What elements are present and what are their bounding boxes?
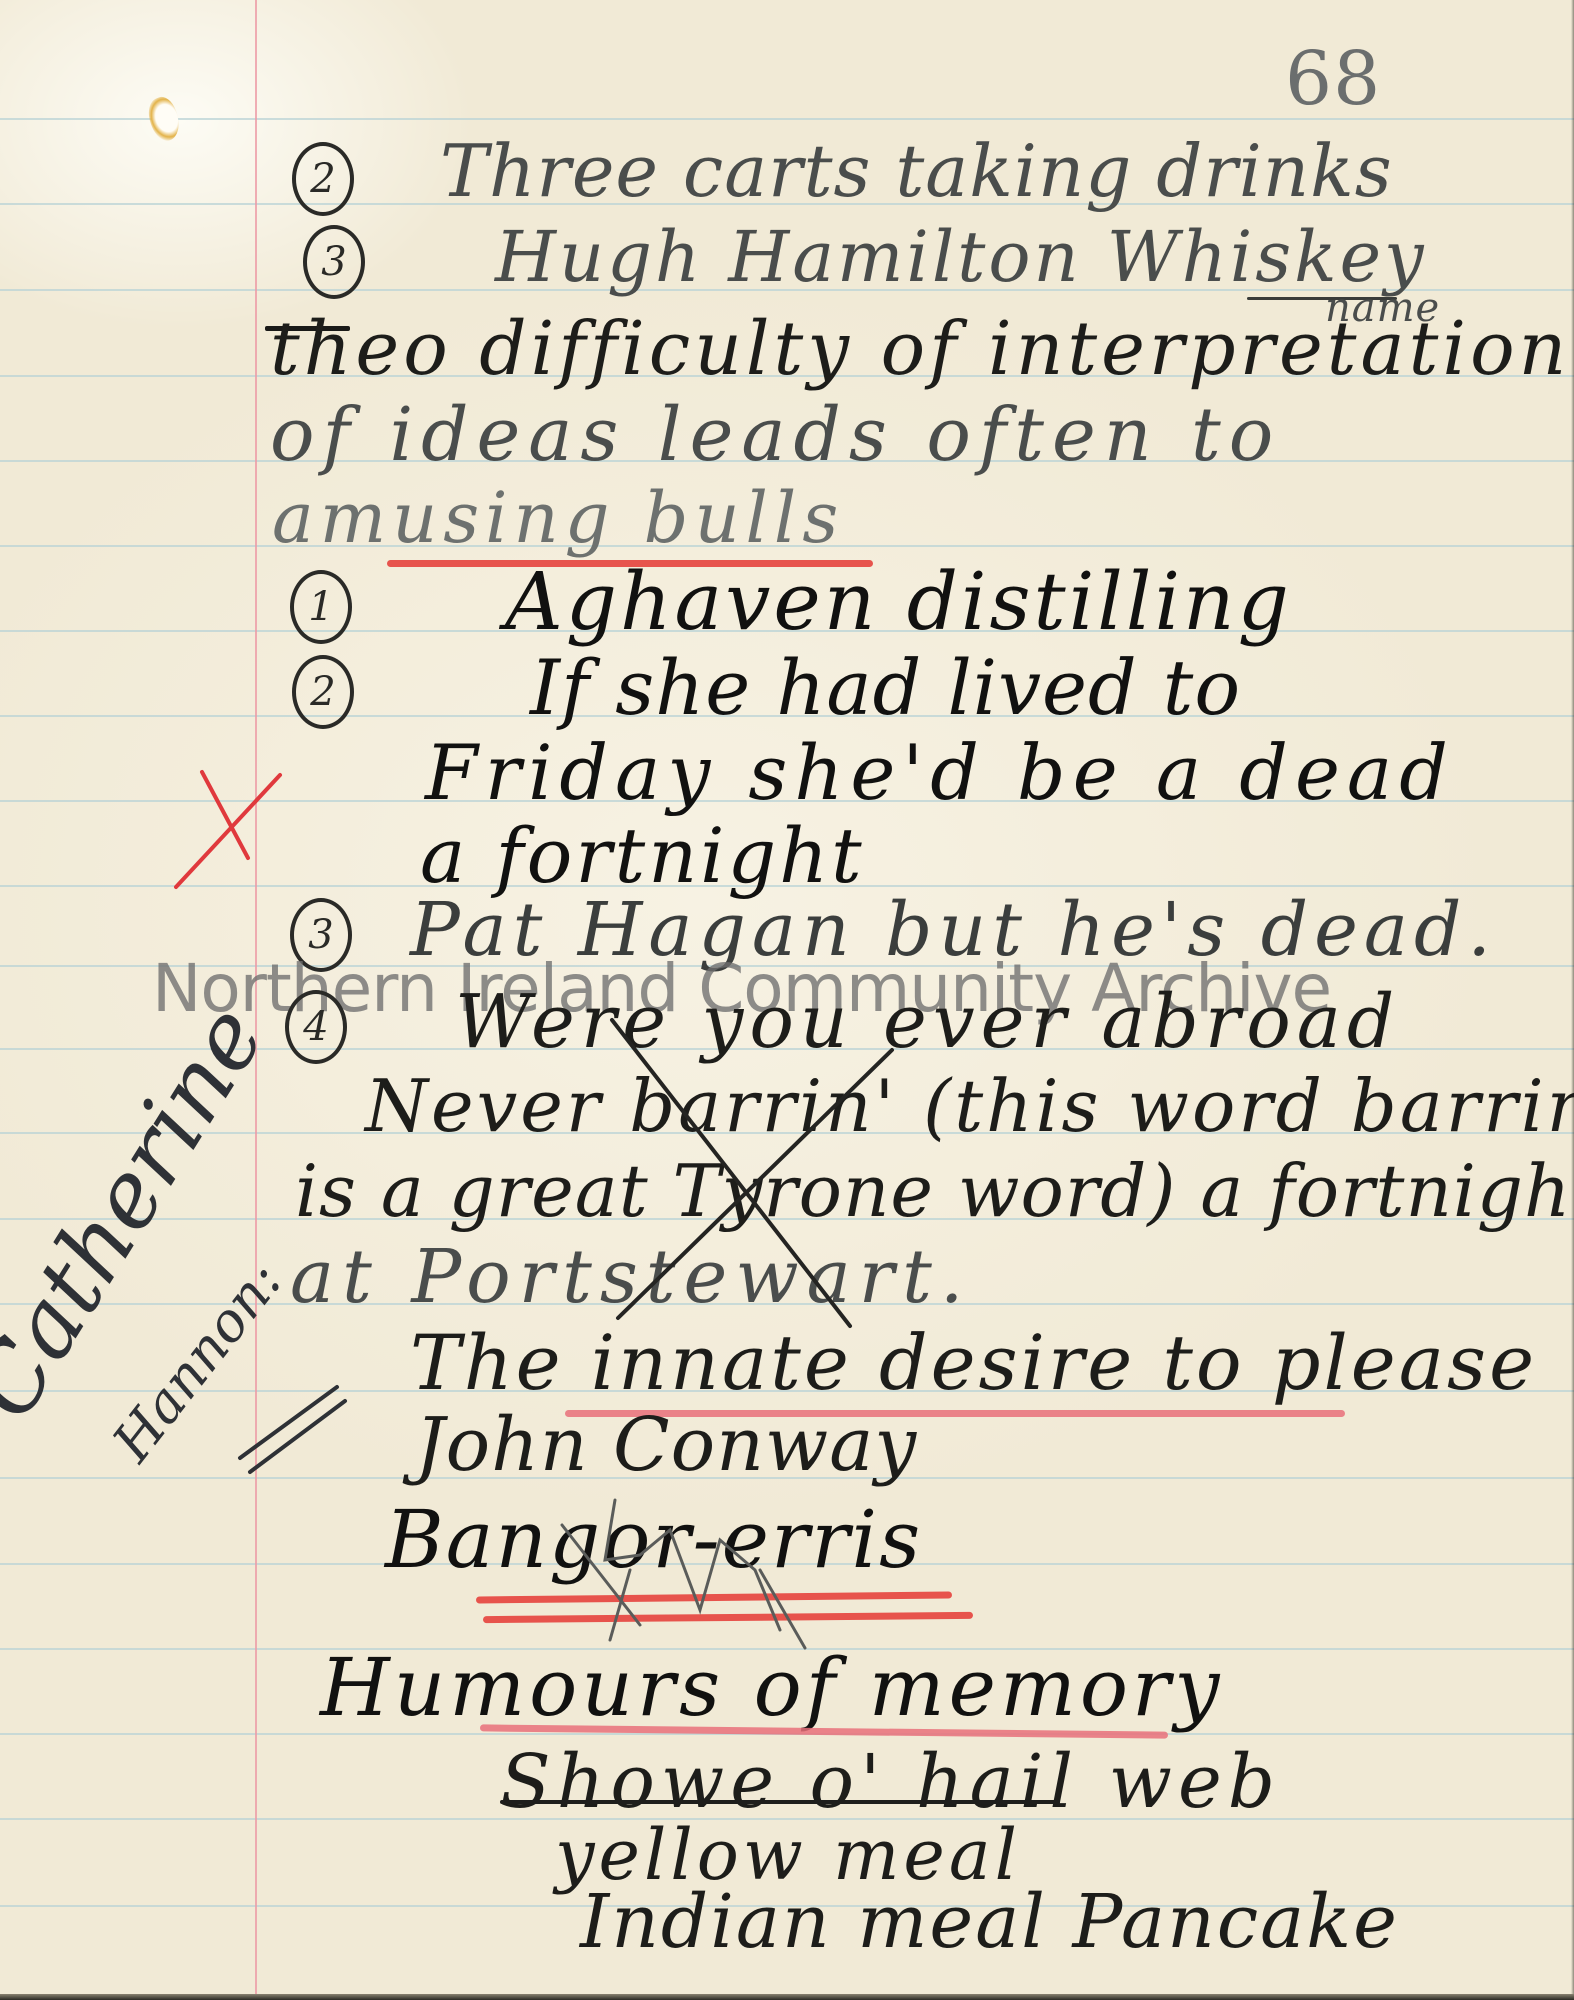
notebook-page: 68 2 Three carts taking drinks 3 Hugh Ha… <box>0 0 1574 2000</box>
red-x-mark <box>176 772 280 887</box>
double-slash-mark <box>240 1387 345 1472</box>
scribble-mark <box>562 1500 805 1648</box>
pen-marks <box>0 0 1574 2000</box>
black-x-mark <box>612 1020 892 1326</box>
